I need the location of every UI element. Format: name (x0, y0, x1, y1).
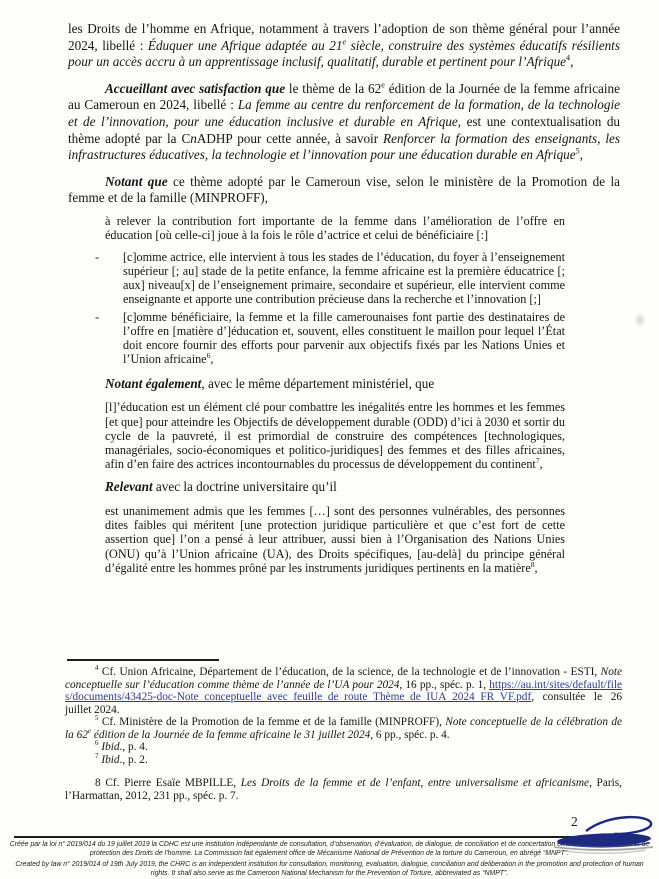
text-run: [c]omme bénéficiaire, la femme et la fil… (123, 310, 565, 366)
text-run: , (580, 147, 583, 162)
text-run: Relevant (105, 479, 153, 494)
footnotes-section: 4 Cf. Union Africaine, Département de l’… (65, 659, 622, 802)
text-run: , 6 pp., spéc. p. 4. (370, 729, 449, 741)
text-run: ., p. 4. (120, 741, 148, 753)
text-run: le thème de la 62 (285, 81, 381, 96)
text-run: , 16 pp., spéc. p. 1, (399, 679, 489, 691)
paragraph-theme-general: les Droits de l’homme en Afrique, notamm… (68, 21, 620, 71)
pen-signature-swoosh-icon (552, 810, 659, 862)
blockquote-doctrine: est unanimement admis que les femmes […]… (105, 504, 565, 575)
text-run: 8 Cf. Pierre Esaïe MBPILLE, (95, 777, 241, 789)
document-page: les Droits de l’homme en Afrique, notamm… (0, 0, 659, 879)
footnote-4: 4 Cf. Union Africaine, Département de l’… (65, 666, 622, 716)
text-run: , (535, 561, 538, 575)
text-run: [l]’éducation est un élément clé pour co… (105, 400, 565, 471)
footnote-5: 5 Cf. Ministère de la Promotion de la fe… (65, 716, 622, 741)
text-run: Notant également (105, 376, 201, 391)
footnote-separator (67, 659, 219, 661)
list-item-beneficiaire: -[c]omme bénéficiaire, la femme et la fi… (95, 310, 565, 366)
dash-bullet: - (95, 250, 123, 306)
list-item-actrice: -[c]omme actrice, elle intervient à tous… (95, 250, 565, 306)
text-run: Les Droits de la femme et de l’enfant, e… (241, 777, 589, 789)
dash-bullet: - (95, 310, 123, 366)
text-run: Accueillant avec satisfaction que (105, 81, 285, 96)
text-run: Ibid (101, 754, 119, 766)
scan-smudge (634, 312, 646, 328)
document-body: les Droits de l’homme en Afrique, notamm… (68, 21, 620, 657)
text-run: , (540, 457, 543, 471)
text-run: ADHP pour cette année, à savoir (197, 131, 383, 146)
text-run: , (570, 54, 573, 69)
paragraph-accueillant: Accueillant avec satisfaction que le thè… (68, 81, 620, 164)
paragraph-relevant: Relevant avec la doctrine universitaire … (68, 479, 620, 496)
paragraph-notant-egalement: Notant également, avec le même départeme… (68, 376, 620, 393)
blockquote-contribution: à relever la contribution fort important… (105, 215, 565, 243)
text-run: ., p. 2. (120, 754, 148, 766)
text-run: Cf. Ministère de la Promotion de la femm… (99, 716, 446, 728)
footer-text-english: Created by law n° 2019/014 of 19th July … (8, 861, 651, 878)
footer-separator (14, 836, 611, 838)
text-run: n (190, 131, 197, 146)
text-run: Ibid (101, 741, 119, 753)
text-run: est unanimement admis que les femmes […]… (105, 504, 565, 575)
text-run: , (210, 352, 213, 366)
text-run: [c]omme actrice, elle intervient à tous … (123, 250, 565, 306)
footnote-marker: 6 (95, 739, 99, 747)
text-run: Éduquer une Afrique adaptée au 21 (148, 38, 343, 53)
text-run: , avec le même département ministériel, … (201, 376, 434, 391)
footnote-6: 6 Ibid., p. 4. (65, 741, 622, 754)
paragraph-notant-que: Notant que ce thème adopté par le Camero… (68, 174, 620, 207)
text-run: avec la doctrine universitaire qu’il (153, 479, 337, 494)
text-run: édition de la Journée de la femme africa… (91, 729, 370, 741)
footnote-8: 8 Cf. Pierre Esaïe MBPILLE, Les Droits d… (65, 777, 622, 802)
text-run: à relever la contribution fort important… (105, 214, 565, 242)
footnote-7: 7 Ibid., p. 2. (65, 754, 622, 767)
text-run: Cf. Union Africaine, Département de l’éd… (99, 666, 601, 678)
footnote-marker: 7 (95, 752, 99, 760)
blockquote-education-odd: [l]’éducation est un élément clé pour co… (105, 400, 565, 471)
list-item-text: [c]omme bénéficiaire, la femme et la fil… (123, 310, 565, 366)
text-run: Notant que (105, 174, 168, 189)
